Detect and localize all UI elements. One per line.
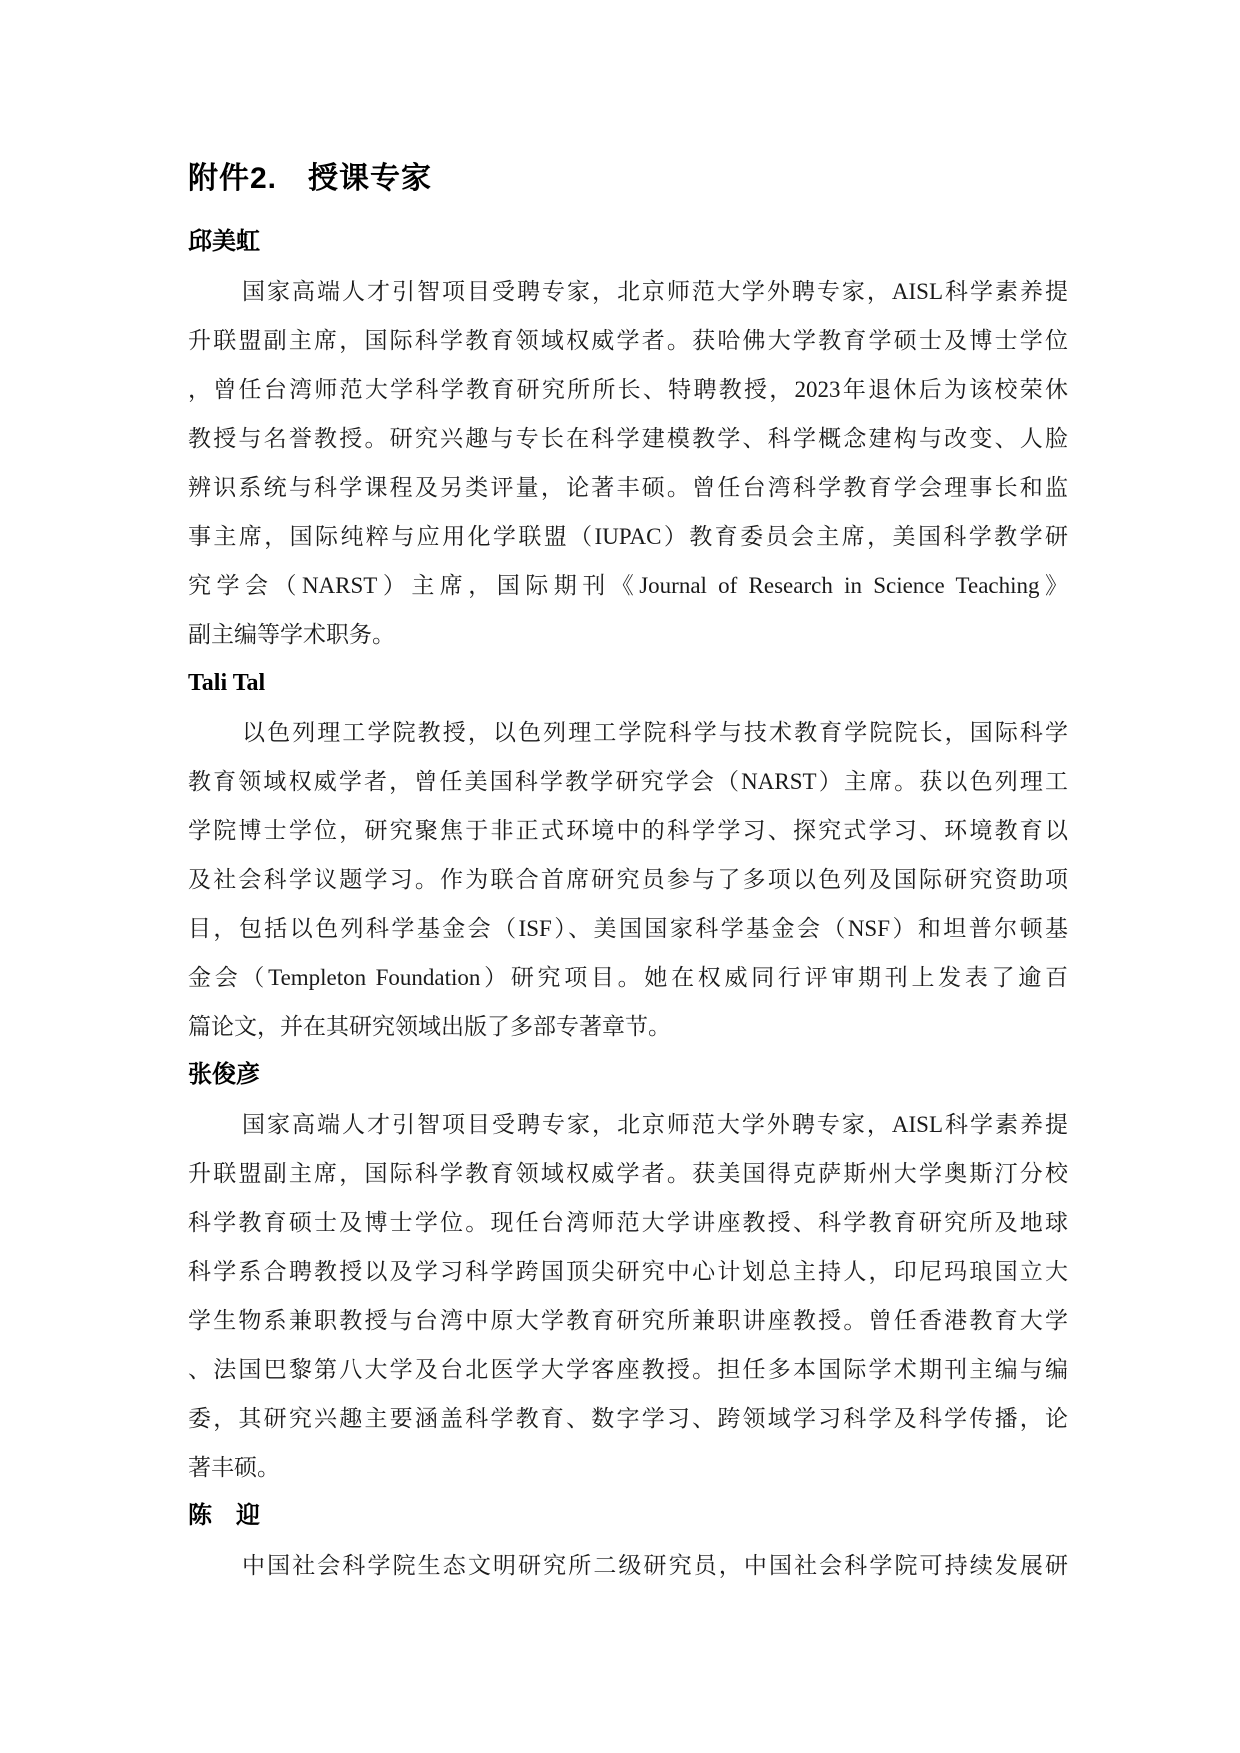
bio-line: 升联盟副主席，国际科学教育领域权威学者。获哈佛大学教育学硕士及博士学位 (188, 316, 1068, 365)
bio-line: 国家高端人才引智项目受聘专家，北京师范大学外聘专家，AISL科学素养提 (188, 267, 1068, 316)
bio-line: 篇论文，并在其研究领域出版了多部专著章节。 (188, 1002, 1068, 1051)
bio-line: 委，其研究兴趣主要涵盖科学教育、数字学习、跨领域学习科学及科学传播，论 (188, 1394, 1068, 1443)
bio-line: 教育领域权威学者，曾任美国科学教学研究学会（NARST）主席。获以色列理工 (188, 757, 1068, 806)
expert-section: Tali Tal以色列理工学院教授，以色列理工学院科学与技术教育学院院长，国际科… (188, 659, 1068, 1051)
bio-line: 国家高端人才引智项目受聘专家，北京师范大学外聘专家，AISL科学素养提 (188, 1100, 1068, 1149)
bio-line: 以色列理工学院教授，以色列理工学院科学与技术教育学院院长，国际科学 (188, 708, 1068, 757)
expert-section: 张俊彦国家高端人才引智项目受聘专家，北京师范大学外聘专家，AISL科学素养提升联… (188, 1051, 1068, 1492)
expert-section: 陈 迎中国社会科学院生态文明研究所二级研究员，中国社会科学院可持续发展研 (188, 1492, 1068, 1590)
bio-line: ，曾任台湾师范大学科学教育研究所所长、特聘教授，2023年退休后为该校荣休 (188, 365, 1068, 414)
bio-line: 科学系合聘教授以及学习科学跨国顶尖研究中心计划总主持人，印尼玛琅国立大 (188, 1247, 1068, 1296)
bio-line: 教授与名誉教授。研究兴趣与专长在科学建模教学、科学概念建构与改变、人脸 (188, 414, 1068, 463)
expert-name-heading: 张俊彦 (188, 1051, 1068, 1100)
bio-line: 著丰硕。 (188, 1443, 1068, 1492)
bio-line: 究学会（NARST）主席，国际期刊《Journal of Research in… (188, 561, 1068, 610)
expert-name-heading: Tali Tal (188, 659, 1068, 708)
bio-line: 事主席，国际纯粹与应用化学联盟（IUPAC）教育委员会主席，美国科学教学研 (188, 512, 1068, 561)
document-body: 邱美虹国家高端人才引智项目受聘专家，北京师范大学外聘专家，AISL科学素养提升联… (188, 218, 1068, 1590)
bio-line: 、法国巴黎第八大学及台北医学大学客座教授。担任多本国际学术期刊主编与编 (188, 1345, 1068, 1394)
bio-line: 辨识系统与科学课程及另类评量，论著丰硕。曾任台湾科学教育学会理事长和监 (188, 463, 1068, 512)
bio-line: 及社会科学议题学习。作为联合首席研究员参与了多项以色列及国际研究资助项 (188, 855, 1068, 904)
expert-name-heading: 陈 迎 (188, 1492, 1068, 1541)
bio-line: 科学教育硕士及博士学位。现任台湾师范大学讲座教授、科学教育研究所及地球 (188, 1198, 1068, 1247)
bio-line: 金会（Templeton Foundation）研究项目。她在权威同行评审期刊上… (188, 953, 1068, 1002)
bio-line: 副主编等学术职务。 (188, 610, 1068, 659)
bio-line: 目，包括以色列科学基金会（ISF）、美国国家科学基金会（NSF）和坦普尔顿基 (188, 904, 1068, 953)
bio-line: 学生物系兼职教授与台湾中原大学教育研究所兼职讲座教授。曾任香港教育大学 (188, 1296, 1068, 1345)
expert-section: 邱美虹国家高端人才引智项目受聘专家，北京师范大学外聘专家，AISL科学素养提升联… (188, 218, 1068, 659)
document-page: 附件2. 授课专家 邱美虹国家高端人才引智项目受聘专家，北京师范大学外聘专家，A… (0, 0, 1240, 1753)
bio-line: 升联盟副主席，国际科学教育领域权威学者。获美国得克萨斯州大学奥斯汀分校 (188, 1149, 1068, 1198)
bio-line: 中国社会科学院生态文明研究所二级研究员，中国社会科学院可持续发展研 (188, 1541, 1068, 1590)
attachment-title: 附件2. 授课专家 (188, 158, 1068, 200)
expert-name-heading: 邱美虹 (188, 218, 1068, 267)
bio-line: 学院博士学位，研究聚焦于非正式环境中的科学学习、探究式学习、环境教育以 (188, 806, 1068, 855)
